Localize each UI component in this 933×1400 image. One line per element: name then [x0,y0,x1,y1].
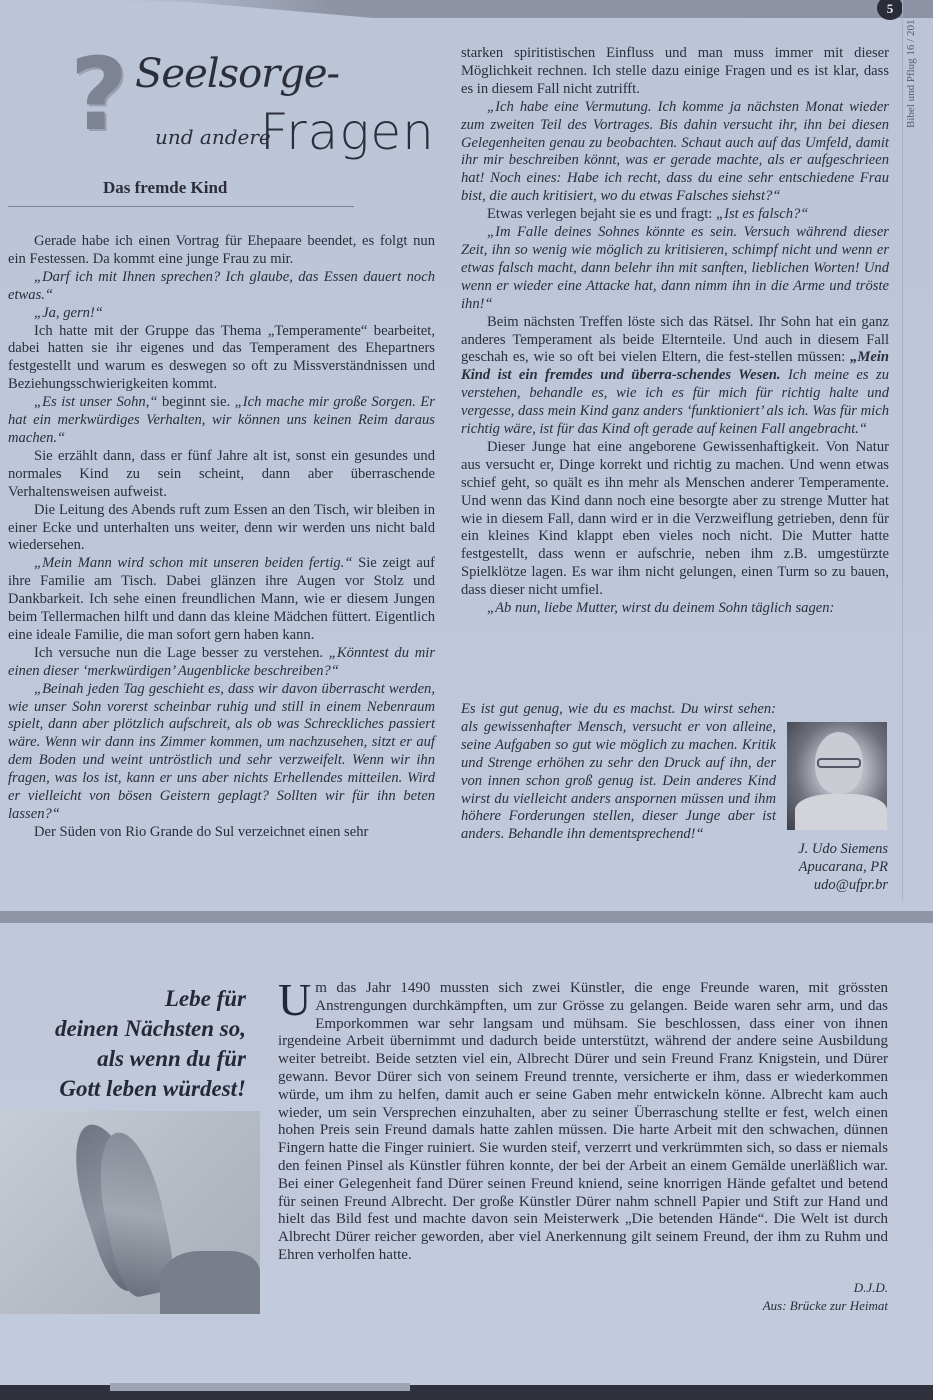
text-run: Gerade habe ich einen Vortrag für Ehepaa… [8,233,435,267]
paragraph: Dieser Junge hat eine angeborene Gewisse… [461,439,889,600]
story-initials: D.J.D. [788,1280,888,1296]
author-photo [787,722,887,830]
closing-quote: Es ist gut genug, wie du es machst. Du w… [461,701,776,844]
text-run: Der Süden von Rio Grande do Sul verzeich… [34,824,368,840]
author-email: udo@ufpr.br [788,876,888,894]
section-divider-band [0,911,933,923]
side-rule [902,0,903,900]
text-run: Dieser Junge hat eine angeborene Gewisse… [461,439,889,598]
closing-quote-text: Es ist gut genug, wie du es machst. Du w… [461,701,776,842]
text-run: Sie erzählt dann, dass er fünf Jahre alt… [8,448,435,500]
glasses-icon [817,758,861,768]
author-location: Apucarana, PR [788,858,888,876]
paragraph: „Ja, gern!“ [8,305,435,323]
paragraph: starken spiritistischen Einfluss und man… [461,45,889,99]
article-title: Das fremde Kind [103,178,227,198]
text-run: Die Leitung des Abends ruft zum Essen an… [8,502,435,554]
story-body: Um das Jahr 1490 mussten sich zwei Künst… [278,980,888,1265]
paragraph: „Ich habe eine Vermutung. Ich komme ja n… [461,99,889,206]
paragraph: Gerade habe ich einen Vortrag für Ehepaa… [8,233,435,269]
section-title-line2: und andere [155,125,271,149]
text-run: „Mein Mann wird schon mit unseren beiden… [34,555,352,571]
sleeve [160,1251,260,1314]
paragraph: Ich versuche nun die Lage besser zu vers… [8,645,435,681]
praying-hands-image [0,1111,260,1314]
paragraph: „Mein Mann wird schon mit unseren beiden… [8,555,435,645]
paragraph: „Darf ich mit Ihnen sprechen? Ich glaube… [8,269,435,305]
paragraph: Ich hatte mit der Gruppe das Thema „Temp… [8,323,435,395]
section-header: ? Seelsorge- und andere Fragen [60,45,380,195]
paragraph: „Beinah jeden Tag geschieht es, dass wir… [8,681,435,824]
text-run: Beim nächsten Treffen löste sich das Rät… [461,314,889,366]
section-title-line1: Seelsorge- [135,51,339,97]
text-run: starken spiritistischen Einfluss und man… [461,45,889,97]
text-run: Etwas verlegen bejaht sie es und fragt: [487,206,716,222]
pull-quote-line: als wenn du für [10,1044,246,1074]
section-title-line3: Fragen [260,103,435,161]
text-run: beginnt sie. [157,394,234,410]
page-bottom-tab [110,1383,410,1391]
text-run: „Ab nun, liebe Mutter, wirst du deinem S… [487,600,834,616]
paragraph: Sie erzählt dann, dass er fünf Jahre alt… [8,448,435,502]
paragraph: „Ab nun, liebe Mutter, wirst du deinem S… [461,600,889,618]
photo-body [795,794,887,830]
text-run: „Darf ich mit Ihnen sprechen? Ich glaube… [8,269,435,303]
text-run: „Es ist unser Sohn,“ [34,394,157,410]
article-column-right: starken spiritistischen Einfluss und man… [461,45,889,618]
text-run: „Beinah jeden Tag geschieht es, dass wir… [8,681,435,822]
pull-quote-line: Gott leben würdest! [10,1074,246,1104]
article-column-left: Gerade habe ich einen Vortrag für Ehepaa… [8,233,435,842]
publication-side-label: Bibel und Pflug 16 / 201 [905,8,927,128]
page-top-shadow [0,0,933,18]
paragraph: Etwas verlegen bejaht sie es und fragt: … [461,206,889,224]
magazine-page: 5 Bibel und Pflug 16 / 201 ? Seelsorge- … [0,0,933,1400]
drop-cap: U [278,982,311,1018]
paragraph: „Im Falle deines Sohnes könnte es sein. … [461,224,889,314]
pull-quote: Lebe fürdeinen Nächsten so,als wenn du f… [10,984,246,1104]
text-run: „Im Falle deines Sohnes könnte es sein. … [461,224,889,312]
header-divider [8,206,354,207]
story-source: Aus: Brücke zur Heimat [700,1298,888,1314]
text-run: Ich versuche nun die Lage besser zu vers… [34,645,329,661]
text-run: Ich hatte mit der Gruppe das Thema „Temp… [8,323,435,393]
text-run: „Ja, gern!“ [34,305,103,321]
paragraph: Beim nächsten Treffen löste sich das Rät… [461,314,889,439]
paragraph: Die Leitung des Abends ruft zum Essen an… [8,502,435,556]
text-run: „Ist es falsch?“ [716,206,808,222]
author-signature: J. Udo Siemens Apucarana, PR udo@ufpr.br [788,840,888,894]
question-mark-icon: ? [70,45,128,145]
paragraph: „Es ist unser Sohn,“ beginnt sie. „Ich m… [8,394,435,448]
paragraph: Der Süden von Rio Grande do Sul verzeich… [8,824,435,842]
story-text: m das Jahr 1490 mussten sich zwei Künstl… [278,980,888,1263]
text-run: „Ich habe eine Vermutung. Ich komme ja n… [461,99,889,205]
pull-quote-line: deinen Nächsten so, [10,1014,246,1044]
author-name: J. Udo Siemens [788,840,888,858]
pull-quote-line: Lebe für [10,984,246,1014]
